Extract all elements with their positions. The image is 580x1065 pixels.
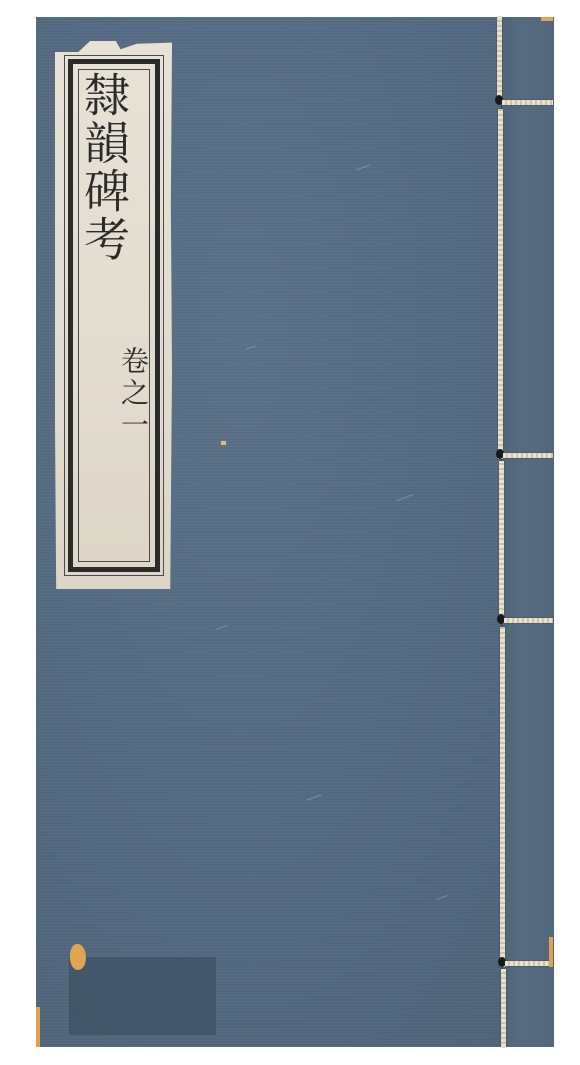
- paper-fiber: [396, 494, 413, 501]
- paper-fiber: [216, 625, 228, 630]
- volume-number: 卷之一: [113, 346, 153, 442]
- spine-flap: [501, 17, 554, 1047]
- worn-spot: [70, 944, 86, 970]
- stain-mark: [221, 441, 226, 445]
- worn-edge: [541, 17, 553, 21]
- worn-edge: [549, 937, 553, 967]
- binding-thread: [498, 109, 503, 459]
- title-slip: 隸韻碑考 卷之一: [55, 41, 172, 589]
- binding-thread-wrap: [503, 453, 553, 458]
- binding-thread-wrap: [502, 100, 553, 105]
- binding-thread-wrap: [505, 961, 553, 966]
- book-title: 隸韻碑考: [77, 71, 131, 263]
- binding-thread: [499, 461, 504, 623]
- binding-thread: [500, 627, 505, 967]
- binding-thread: [497, 17, 502, 100]
- faded-label-patch: [69, 957, 216, 1035]
- paper-fiber: [356, 165, 369, 171]
- paper-fiber: [306, 794, 321, 800]
- paper-fiber: [436, 895, 448, 900]
- binding-thread-wrap: [504, 618, 553, 623]
- paper-fiber: [246, 345, 256, 349]
- worn-edge: [36, 1007, 40, 1047]
- binding-thread: [501, 969, 506, 1047]
- book-cover: 隸韻碑考 卷之一: [36, 17, 553, 1047]
